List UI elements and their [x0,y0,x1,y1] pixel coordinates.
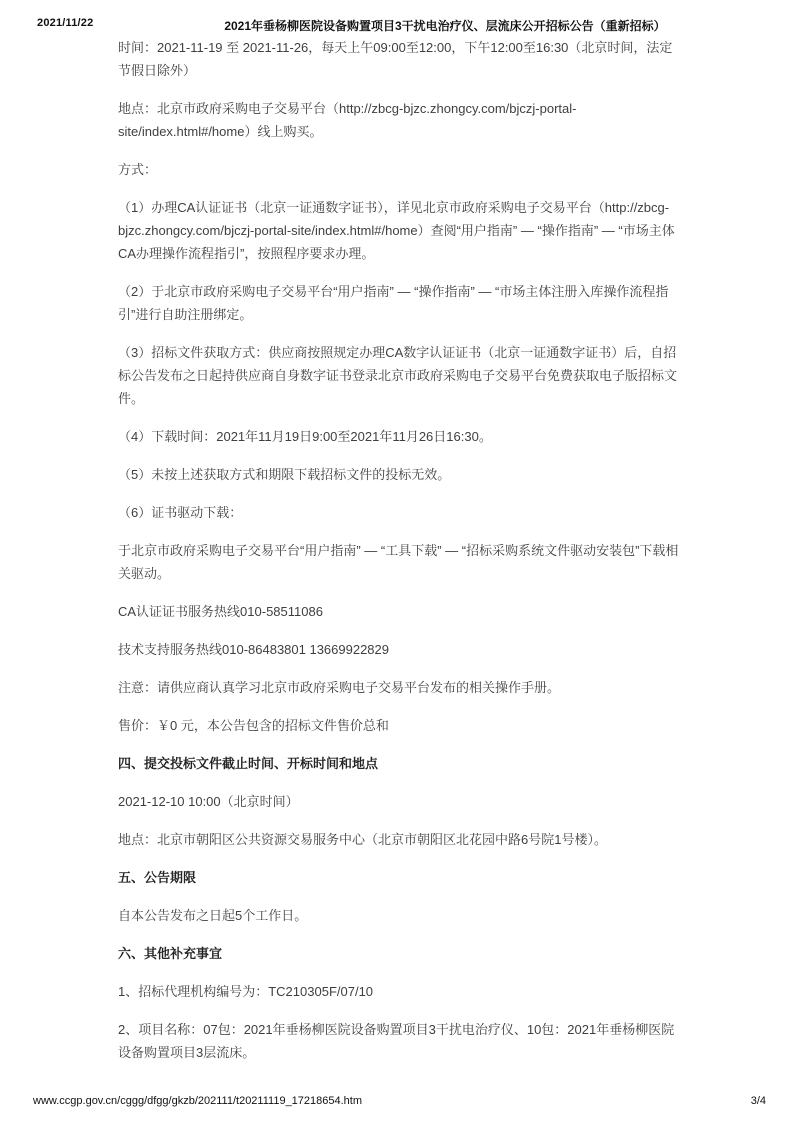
para-method-item-4: （4）下载时间：2021年11月19日9:00至2021年11月26日16:30… [118,425,681,448]
para-method-item-3: （3）招标文件获取方式：供应商按照规定办理CA数字认证证书（北京一证通数字证书）… [118,341,681,410]
para-announcement-period: 自本公告发布之日起5个工作日。 [118,904,681,927]
para-driver-download: 于北京市政府采购电子交易平台“用户指南” — “工具下载” — “招标采购系统文… [118,539,681,585]
para-price: 售价：￥0 元，本公告包含的招标文件售价总和 [118,714,681,737]
heading-section-four: 四、提交投标文件截止时间、开标时间和地点 [118,752,681,775]
print-header-title: 2021年垂杨柳医院设备购置项目3干扰电治疗仪、层流床公开招标公告（重新招标） [130,17,760,34]
announcement-body: 时间：2021-11-19 至 2021-11-26，每天上午09:00至12:… [118,36,681,1079]
para-method-label: 方式： [118,158,681,181]
heading-section-six: 六、其他补充事宜 [118,942,681,965]
para-purchase-time: 时间：2021-11-19 至 2021-11-26，每天上午09:00至12:… [118,36,681,82]
heading-section-five: 五、公告期限 [118,866,681,889]
para-ca-hotline: CA认证证书服务热线010-58511086 [118,600,681,623]
para-notice: 注意：请供应商认真学习北京市政府采购电子交易平台发布的相关操作手册。 [118,676,681,699]
print-header-date: 2021/11/22 [37,17,93,29]
para-purchase-location: 地点：北京市政府采购电子交易平台（http://zbcg-bjzc.zhongc… [118,97,681,143]
para-bid-deadline: 2021-12-10 10:00（北京时间） [118,790,681,813]
para-tech-support-hotline: 技术支持服务热线010-86483801 13669922829 [118,638,681,661]
para-method-item-1: （1）办理CA认证证书（北京一证通数字证书），详见北京市政府采购电子交易平台（h… [118,196,681,265]
para-method-item-6: （6）证书驱动下载： [118,501,681,524]
print-footer-url: www.ccgp.gov.cn/cggg/dfgg/gkzb/202111/t2… [33,1095,362,1107]
para-bid-opening-location: 地点：北京市朝阳区公共资源交易服务中心（北京市朝阳区北花园中路6号院1号楼）。 [118,828,681,851]
print-footer-page-indicator: 3/4 [751,1095,766,1107]
para-method-item-2: （2）于北京市政府采购电子交易平台“用户指南” — “操作指南” — “市场主体… [118,280,681,326]
para-method-item-5: （5）未按上述获取方式和期限下载招标文件的投标无效。 [118,463,681,486]
para-project-names: 2、项目名称：07包：2021年垂杨柳医院设备购置项目3干扰电治疗仪、10包：2… [118,1018,681,1064]
para-agency-number: 1、招标代理机构编号为：TC210305F/07/10 [118,980,681,1003]
